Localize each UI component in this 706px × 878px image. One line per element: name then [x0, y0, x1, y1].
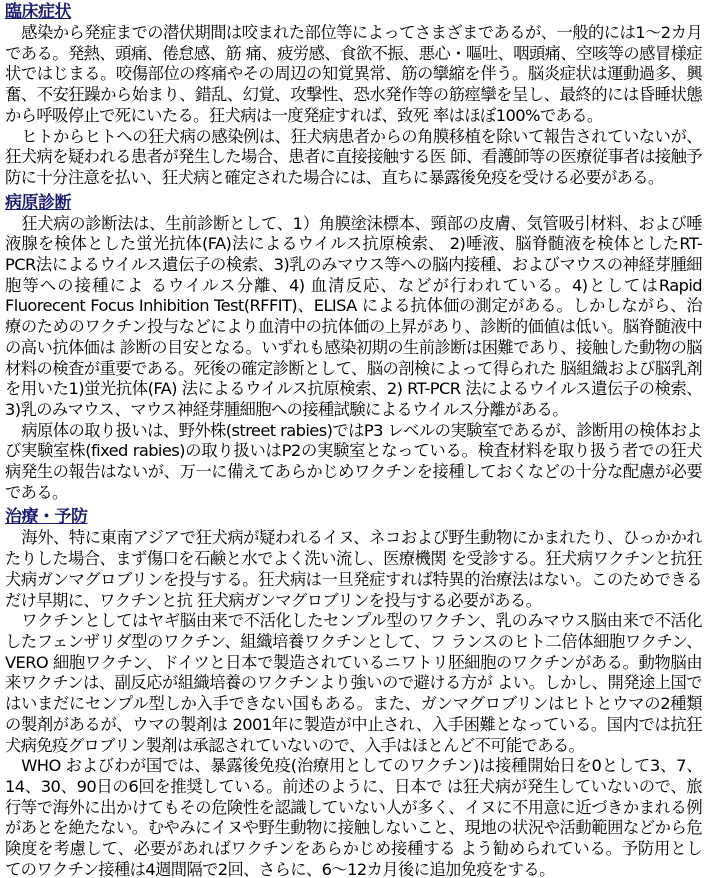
- paragraph: ヒトからヒトへの狂犬病の感染例は、狂犬病患者からの角膜移植を除いて報告されていな…: [5, 127, 702, 189]
- document-page: 臨床症状 感染から発症までの潜伏期間は咬まれた部位等によってさまざまであるが、一…: [0, 0, 706, 878]
- section-title: 病原診断: [5, 193, 702, 214]
- paragraph: ワクチンとしてはヤギ脳由来で不活化したセンプル型のワクチン、乳のみマウス脳由来で…: [5, 611, 702, 756]
- section-title: 臨床症状: [5, 2, 702, 23]
- section-pathogen-diagnosis: 病原診断 狂犬病の診断法は、生前診断として、1）角膜塗沫標本、頸部の皮膚、気管吸…: [5, 193, 702, 504]
- section-clinical-symptoms: 臨床症状 感染から発症までの潜伏期間は咬まれた部位等によってさまざまであるが、一…: [5, 2, 702, 189]
- paragraph: 病原体の取り扱いは、野外株(street rabies)ではP3 レベルの実験室…: [5, 421, 702, 504]
- paragraph: 感染から発症までの潜伏期間は咬まれた部位等によってさまざまであるが、一般的には1…: [5, 23, 702, 127]
- section-title: 治療・予防: [5, 507, 702, 528]
- paragraph: 海外、特に東南アジアで狂犬病が疑われるイヌ、ネコおよび野生動物にかまれたり、ひっ…: [5, 528, 702, 611]
- section-treatment-prevention: 治療・予防 海外、特に東南アジアで狂犬病が疑われるイヌ、ネコおよび野生動物にかま…: [5, 507, 702, 878]
- paragraph: 狂犬病の診断法は、生前診断として、1）角膜塗沫標本、頸部の皮膚、気管吸引材料、お…: [5, 214, 702, 421]
- paragraph: WHO およびわが国では、暴露後免疫(治療用としてのワクチン)は接種開始日を0と…: [5, 756, 702, 878]
